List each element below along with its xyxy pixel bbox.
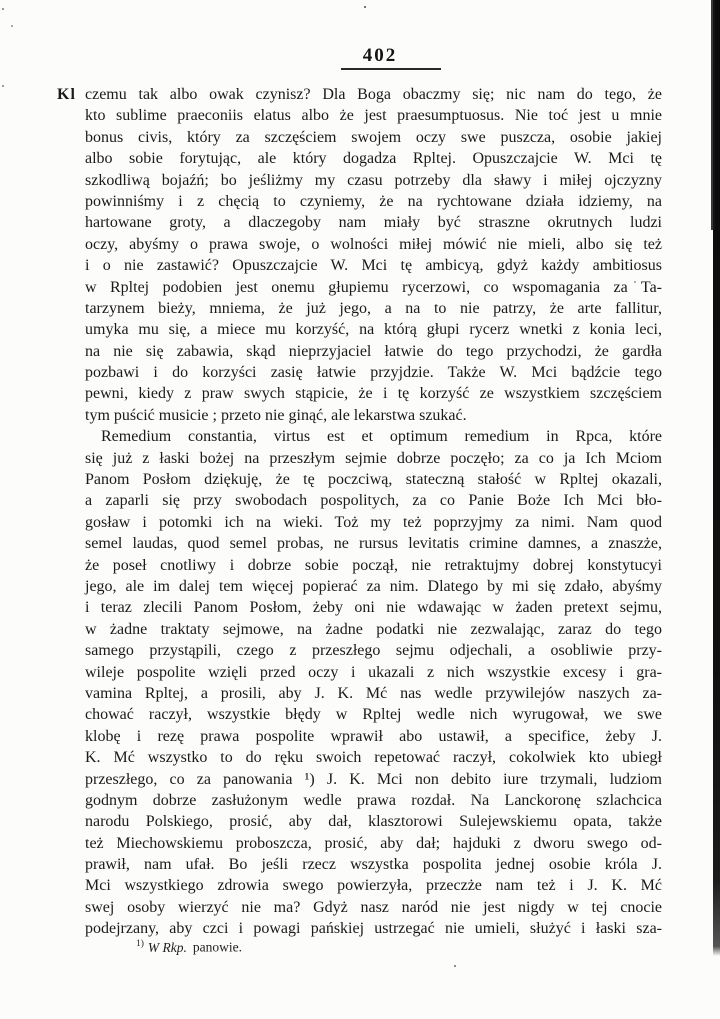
line-text: K. Mć wszystko to do ręku swoich repetow… — [85, 749, 662, 766]
line-text: klobę i rezę prawa pospolite wprawił abo… — [85, 728, 662, 745]
text-line: pozbawi i do korzyści zasię łatwie przyj… — [85, 362, 662, 383]
text-line: wileje pospolite wzięli przed oczy i uka… — [85, 662, 662, 683]
paragraph: Klczemu tak albo owak czynisz? Dla Boga … — [85, 84, 662, 426]
line-text: się już z łaski bożej na przeszłym sejmi… — [85, 450, 662, 467]
text-line: hartowane groty, a dlaczegoby nam miały … — [85, 212, 662, 233]
line-text: też Miechowskiemu proboszcza, prosić, ab… — [85, 835, 662, 852]
footnote-marker: 1) — [136, 939, 144, 949]
line-text: powinniśmy i z chęcią to czyniemy, że na… — [85, 193, 662, 210]
line-text: jego, ale im dalej tem więcej popierać z… — [85, 578, 662, 595]
line-text: i teraz zlecili Panom Posłom, żeby oni n… — [85, 599, 662, 616]
text-line: Panom Posłom dziękuję, że tę poczciwą, s… — [85, 469, 662, 490]
line-text: na nie się zabawia, skąd nieprzyjaciel ł… — [85, 343, 662, 360]
text-line: powinniśmy i z chęcią to czyniemy, że na… — [85, 191, 662, 212]
text-line: w Rpltej podobien jest onemu głupiemu ry… — [85, 277, 662, 298]
line-text: a zaparli się przy swobodach pospolitych… — [85, 492, 662, 509]
line-text: bonus civis, który za szczęściem swojem … — [85, 129, 662, 146]
text-line: umyka mu się, a miece mu korzyść, na któ… — [85, 319, 662, 340]
line-text: przeszłego, co za panowania ¹) J. K. Mci… — [85, 771, 662, 788]
body-text: Klczemu tak albo owak czynisz? Dla Boga … — [85, 84, 662, 940]
paragraph: Remedium constantia, virtus est et optim… — [85, 426, 662, 939]
text-line: prawił, nam ufał. Bo jeśli rzecz wszystk… — [85, 854, 662, 875]
text-line: tym puścić musicie ; przeto nie ginąć, a… — [85, 405, 662, 426]
text-line: albo sobie forytując, ale który dogadza … — [85, 148, 662, 169]
line-text: semel laudas, quod semel probas, ne rurs… — [85, 535, 662, 552]
line-text: umyka mu się, a miece mu korzyść, na któ… — [85, 321, 662, 338]
line-text: prawił, nam ufał. Bo jeśli rzecz wszystk… — [85, 856, 662, 873]
line-text: Remedium constantia, virtus est et optim… — [101, 428, 662, 445]
scan-gutter-bar-top — [711, 0, 715, 230]
text-line: w żadne traktaty sejmowe, na żadne podat… — [85, 619, 662, 640]
text-line: na nie się zabawia, skąd nieprzyjaciel ł… — [85, 341, 662, 362]
line-text: w Rpltej podobien jest onemu głupiemu ry… — [85, 279, 662, 296]
line-text: pewni, kiedy z praw swych stąpicie, że i… — [85, 385, 662, 402]
text-line: narodu Polskiego, prosić, aby dał, klasz… — [85, 811, 662, 832]
line-text: godnym dobrze zasłużonym wedle prawa roz… — [85, 792, 662, 809]
text-line: bonus civis, który za szczęściem swojem … — [85, 127, 662, 148]
line-text: czemu tak albo owak czynisz? Dla Boga ob… — [85, 86, 662, 103]
line-text: tarzynem bieży, mniema, że już jego, a n… — [85, 300, 662, 317]
text-line: a zaparli się przy swobodach pospolitych… — [85, 490, 662, 511]
line-text: Mci wszystkiego zdrowia swego powierzyła… — [85, 877, 662, 894]
line-text: samego przystąpili, czego z przeszłego s… — [85, 642, 662, 659]
text-line: chować raczył, wszystkie błędy w Rpltej … — [85, 704, 662, 725]
line-text: i o nie zastawić? Opuszczajcie W. Mci tę… — [85, 257, 662, 274]
line-text: swej osoby wierzyć nie ma? Gdyż nasz nar… — [85, 899, 662, 916]
margin-signature-mark: Kl — [57, 84, 76, 105]
text-line: przeszłego, co za panowania ¹) J. K. Mci… — [85, 769, 662, 790]
text-line: szkodliwą bojaźń; bo jeśliżmy my czasu p… — [85, 170, 662, 191]
text-line: pewni, kiedy z praw swych stąpicie, że i… — [85, 383, 662, 404]
line-text: hartowane groty, a dlaczegoby nam miały … — [85, 214, 662, 231]
text-line: jego, ale im dalej tem więcej popierać z… — [85, 576, 662, 597]
text-line: Mci wszystkiego zdrowia swego powierzyła… — [85, 875, 662, 896]
text-line: kto sublime praeconiis elatus albo że je… — [85, 105, 662, 126]
text-line: godnym dobrze zasłużonym wedle prawa roz… — [85, 790, 662, 811]
line-text: albo sobie forytując, ale który dogadza … — [85, 150, 662, 167]
line-text: vamina Rpltej, a prosili, aby J. K. Mć n… — [85, 685, 662, 702]
text-line: vamina Rpltej, a prosili, aby J. K. Mć n… — [85, 683, 662, 704]
text-line: Klczemu tak albo owak czynisz? Dla Boga … — [85, 84, 662, 105]
text-line: K. Mć wszystko to do ręku swoich repetow… — [85, 747, 662, 768]
text-line: też Miechowskiemu proboszcza, prosić, ab… — [85, 833, 662, 854]
line-text: kto sublime praeconiis elatus albo że je… — [85, 107, 662, 124]
page-number: 402 — [363, 45, 398, 67]
text-line: i o nie zastawić? Opuszczajcie W. Mci tę… — [85, 255, 662, 276]
text-line: Remedium constantia, virtus est et optim… — [85, 426, 662, 447]
text-line: że poseł cnotliwy i dobrze sobie począł,… — [85, 555, 662, 576]
line-text: podejrzany, aby czci i powagi pańskiej u… — [85, 920, 662, 937]
line-text: gosław i potomki ich na wieki. Toż my te… — [85, 514, 662, 531]
footnote: 1)W Rkp.panowie. — [136, 936, 242, 956]
footnote-text: panowie. — [193, 940, 242, 955]
page-number-rule — [341, 68, 441, 70]
text-line: oczy, abyśmy o prawa swoje, o wolności m… — [85, 234, 662, 255]
line-text: narodu Polskiego, prosić, aby dał, klasz… — [85, 813, 662, 830]
line-text: w żadne traktaty sejmowe, na żadne podat… — [85, 621, 662, 638]
line-text: szkodliwą bojaźń; bo jeśliżmy my czasu p… — [85, 172, 662, 189]
page-header: 402 — [300, 45, 460, 70]
text-line: i teraz zlecili Panom Posłom, żeby oni n… — [85, 597, 662, 618]
text-line: klobę i rezę prawa pospolite wprawił abo… — [85, 726, 662, 747]
line-text: oczy, abyśmy o prawa swoje, o wolności m… — [85, 236, 662, 253]
line-text: wileje pospolite wzięli przed oczy i uka… — [85, 664, 662, 681]
line-text: że poseł cnotliwy i dobrze sobie począł,… — [85, 557, 662, 574]
text-line: samego przystąpili, czego z przeszłego s… — [85, 640, 662, 661]
footnote-source: W Rkp. — [148, 940, 187, 955]
line-text: tym puścić musicie ; przeto nie ginąć, a… — [85, 407, 467, 424]
book-page: 402 Klczemu tak albo owak czynisz? Dla B… — [0, 0, 720, 1019]
line-text: chować raczył, wszystkie błędy w Rpltej … — [85, 706, 662, 723]
line-text: pozbawi i do korzyści zasię łatwie przyj… — [85, 364, 662, 381]
text-line: tarzynem bieży, mniema, że już jego, a n… — [85, 298, 662, 319]
text-line: semel laudas, quod semel probas, ne rurs… — [85, 533, 662, 554]
text-line: gosław i potomki ich na wieki. Toż my te… — [85, 512, 662, 533]
text-line: swej osoby wierzyć nie ma? Gdyż nasz nar… — [85, 897, 662, 918]
text-line: się już z łaski bożej na przeszłym sejmi… — [85, 448, 662, 469]
line-text: Panom Posłom dziękuję, że tę poczciwą, s… — [85, 471, 662, 488]
scan-speck — [2, 8, 4, 10]
